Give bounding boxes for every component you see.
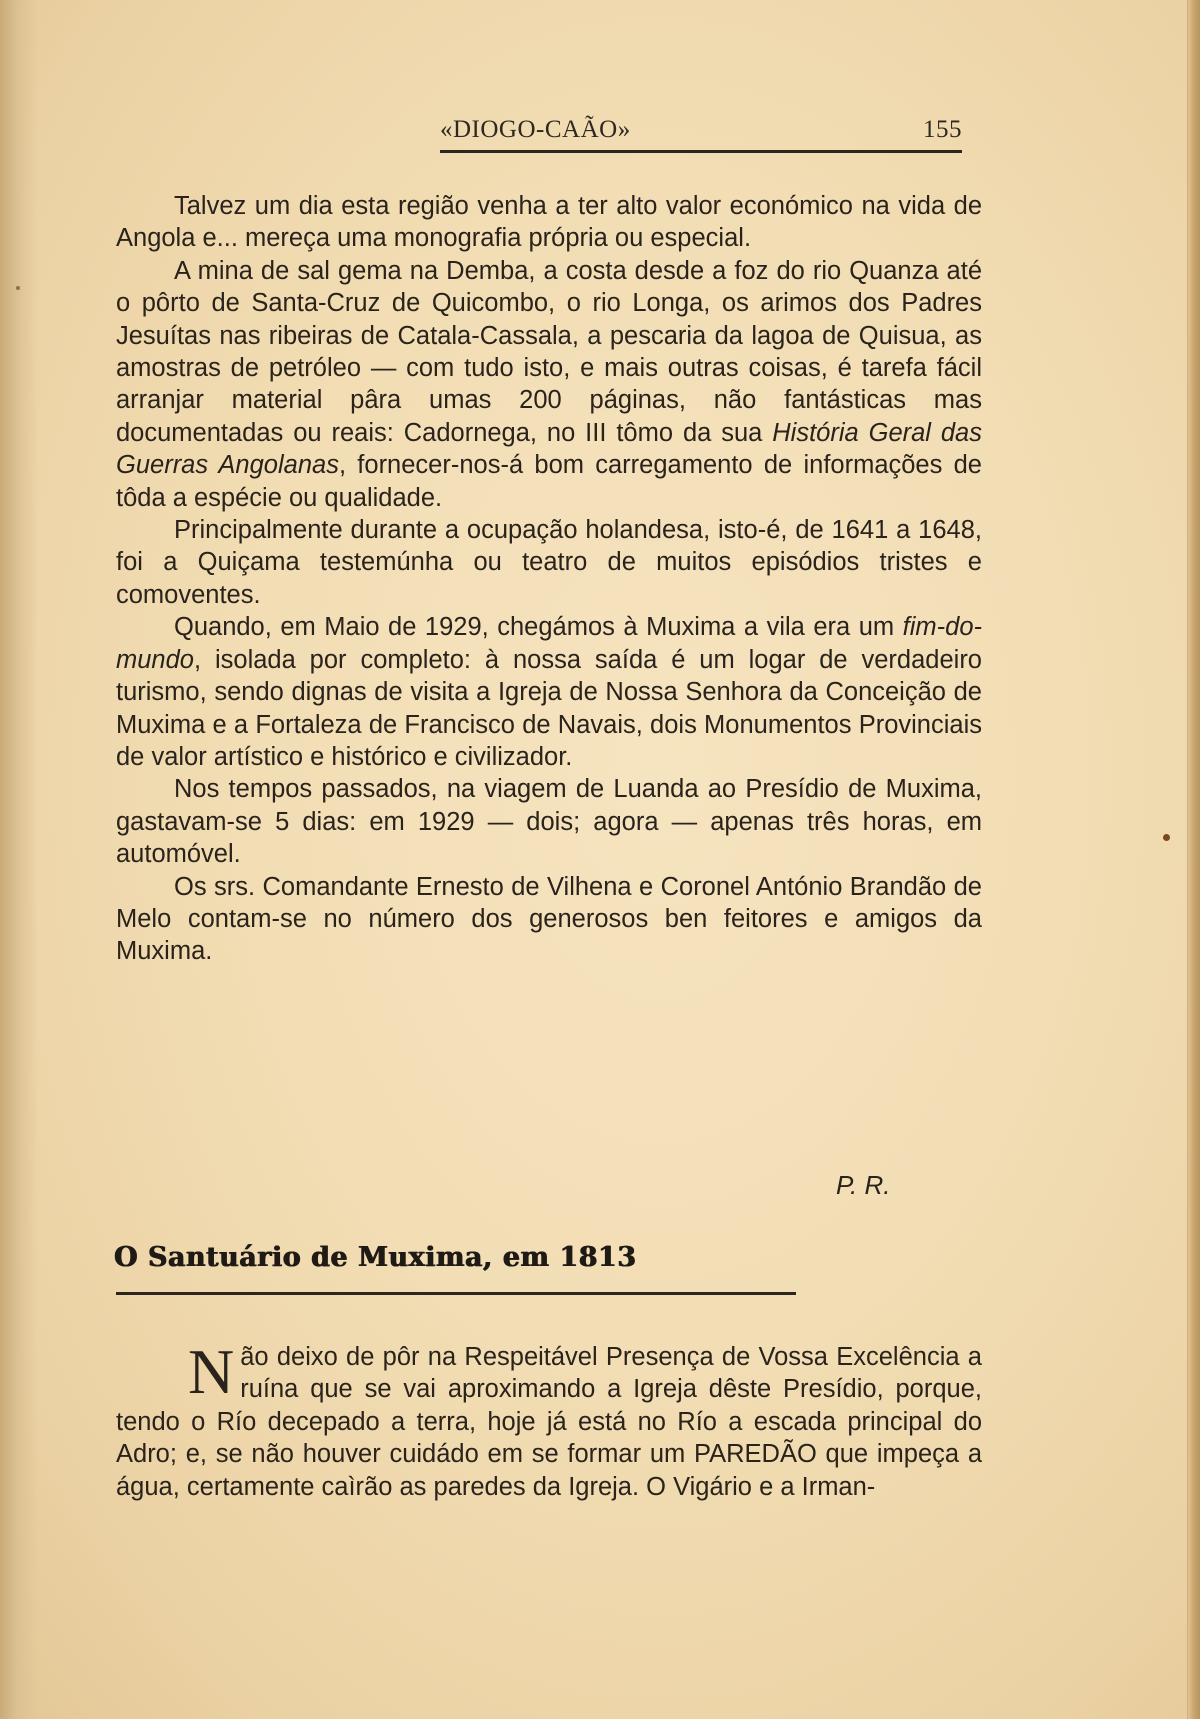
ink-spot	[1163, 834, 1170, 841]
paragraph-text: ão deixo de pôr na Respeitável Presença …	[116, 1343, 982, 1501]
paragraph: Nos tempos passados, na viagem de Luanda…	[116, 773, 982, 870]
paragraph: Principalmente durante a ocupação holand…	[116, 514, 982, 611]
page-edge	[1187, 0, 1200, 1719]
section-body: Não deixo de pôr na Respeitável Presença…	[116, 1341, 982, 1503]
paragraph: Não deixo de pôr na Respeitável Presença…	[116, 1341, 982, 1503]
ink-spot	[16, 286, 20, 290]
paragraph-text: , isolada por completo: à nossa saída é …	[116, 646, 982, 771]
article-body: Talvez um dia esta região venha a ter al…	[116, 190, 982, 968]
paragraph: Os srs. Comandante Ernesto de Vilhena e …	[116, 871, 982, 968]
header-rule	[440, 150, 962, 153]
author-signature: P. R.	[836, 1170, 890, 1201]
book-page: «DIOGO-CAÃO» 155 Talvez um dia esta regi…	[0, 0, 1200, 1719]
gutter-shadow	[0, 0, 38, 1719]
drop-cap: N	[188, 1345, 234, 1399]
running-header: «DIOGO-CAÃO» 155	[140, 112, 962, 154]
paragraph: Talvez um dia esta região venha a ter al…	[116, 190, 982, 255]
paragraph: A mina de sal gema na Demba, a costa des…	[116, 255, 982, 514]
paragraph: Quando, em Maio de 1929, chegámos à Muxi…	[116, 611, 982, 773]
section-heading: O Santuário de Muxima, em 1813	[114, 1242, 637, 1273]
paragraph-text: Quando, em Maio de 1929, chegámos à Muxi…	[174, 613, 903, 641]
section-rule	[116, 1292, 796, 1295]
running-title: «DIOGO-CAÃO»	[440, 116, 631, 144]
page-number: 155	[923, 116, 962, 144]
